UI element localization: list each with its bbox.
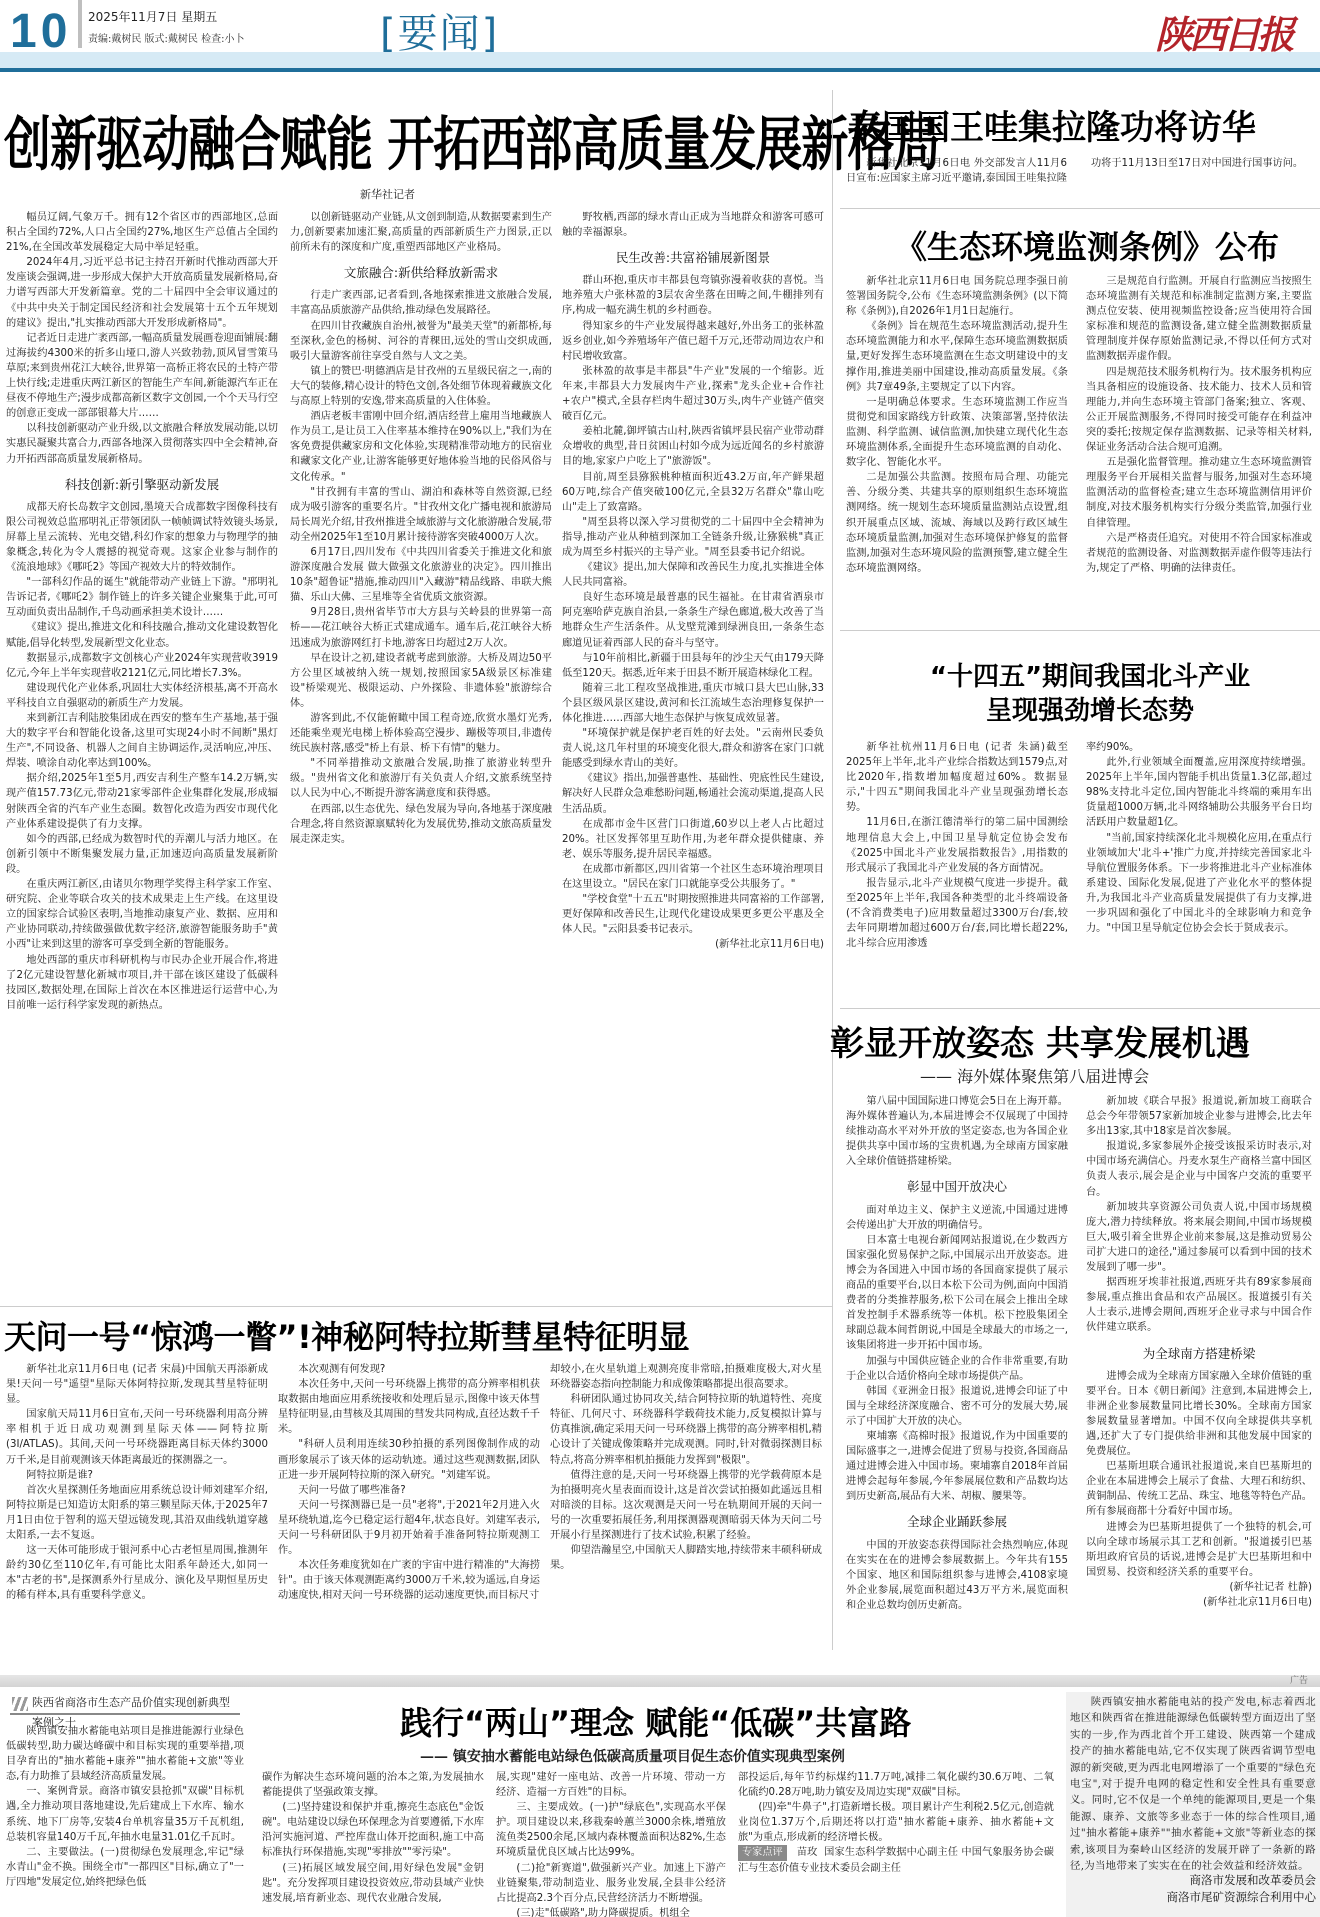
signature-1: 商洛市发展和改革委员会 [1070, 1872, 1316, 1889]
paragraph: 得知家乡的牛产业发展得越来越好,外出务工的张林盈返乡创业,如今养殖场年产值已超千… [562, 319, 824, 364]
subhead-global-south: 为全球南方搭建桥梁 [1086, 1346, 1312, 1361]
stripe-icon [12, 1697, 28, 1711]
tianwen-column-2: 本次观测有何发现? 本次任务中,天问一号环绕器上携带的高分辨率相机获取数据由地面… [278, 1362, 540, 1662]
paragraph: (二)坚持建设和保护并重,擦亮生态底色"金饭碗"。电站建设以绿色环保理念为首要遵… [262, 1800, 484, 1860]
paragraph: 张林盈的故事是丰都县"牛产业"发展的一个缩影。近年来,丰都县大力发展肉牛产业,探… [562, 364, 824, 424]
series-tag: 陕西省商洛市生态产品价值实现创新典型案例之十 [10, 1693, 240, 1715]
paragraph: 地处西部的重庆市科研机构与市民办企业开展合作,将进了2亿元建设智慧化新城市项目,… [6, 953, 278, 1013]
paragraph: 行走广袤西部,记者看到,各地探索推进文旅融合发展,丰富高品质旅游产品供给,推动绿… [290, 288, 552, 318]
paragraph: "科研人员利用连续30秒拍摄的系列图像制作成的动画形象展示了该天体的运动轨迹。通… [278, 1437, 540, 1482]
column-divider [832, 90, 833, 1650]
paragraph: 良好生态环境是最普惠的民生福祉。在甘肃省酒泉市阿克塞哈萨克族自治县,一条条生产绿… [562, 590, 824, 650]
tianwen-headline: 天问一号“惊鸿一瞥”!神秘阿特拉斯彗星特征明显 [4, 1312, 689, 1358]
page-number: 10 [10, 4, 71, 59]
newspaper-logo: 陕西日报 [1155, 4, 1291, 59]
paragraph: 阿特拉斯是谁? [6, 1468, 268, 1483]
paragraph: 新华社杭州11月6日电 (记者 朱涵)截至2025年上半年,北斗产业综合指数达到… [846, 740, 1068, 815]
subhead-global-participation: 全球企业踊跃参展 [846, 1514, 1068, 1529]
thai-king-headline: 泰国国王哇集拉隆功将访华 [848, 100, 1256, 149]
eco-regulation-column-2: 三是规范自行监测。开展自行监测应当按照生态环境监测有关规范和标准制定监测方案,主… [1086, 274, 1312, 614]
paragraph: 进博会为巴基斯坦提供了一个独特的机会,可以向全球市场展示其工艺和创新。"报道援引… [1086, 1520, 1312, 1580]
eco-regulation-column-1: 新华社北京11月6日电 国务院总理李强日前签署国务院令,公布《生态环境监测条例》… [846, 274, 1068, 614]
paragraph: 一、案例背景。商洛市镇安县抢抓"双碳"目标机遇,全力推动项目落地建设,先后建成上… [6, 1784, 244, 1844]
paragraph: "当前,国家持续深化北斗规模化应用,在重点行业领域加大'北斗+'推广力度,并持续… [1086, 831, 1312, 937]
paragraph: 随着三北工程攻坚战推进,重庆市城口县大巴山脉,33个县区级风景区建设,黄河和长江… [562, 681, 824, 726]
shangluo-column-4: 部投运后,每年节约标煤约11.7万吨,减排二氧化碳约30.6万吨、二氧化硫约0.… [738, 1770, 1054, 1917]
paragraph: 二是加强公共监测。按照布局合理、功能完善、分级分类、共建共享的原则组织生态环境监… [846, 470, 1068, 576]
paragraph: 新华社北京11月6日电 外交部发言人11月6日宣布:应国家主席习近平邀请,泰国国… [846, 156, 1312, 186]
beidou-column-2: 率约90%。 此外,行业领域全面覆盖,应用深度持续增强。2025年上半年,国内智… [1086, 740, 1312, 1000]
paragraph: 三、主要成效。(一)护"绿底色",实现高水平保护。项目建设以来,移栽秦岭蕙兰30… [496, 1800, 726, 1860]
paragraph: 新加坡共享资源公司负责人说,中国市场规模庞大,潜力持续释放。将来展会期间,中国市… [1086, 1200, 1312, 1275]
shangluo-headline: 践行“两山”理念 赋能“低碳”共富路 [400, 1698, 911, 1744]
paragraph: 新加坡《联合早报》报道说,新加坡工商联合总会今年带领57家新加坡企业参与进博会,… [1086, 1094, 1312, 1139]
expert-label-badge: 专家点评 [738, 1845, 787, 1860]
ad-marker: 广告 [1290, 1673, 1308, 1686]
paragraph: 游客到此,不仅能俯瞰中国工程奇迹,欣赏水墨灯光秀,还能乘坐观光电梯上桥体验高空漫… [290, 711, 552, 756]
beidou-headline-line-1: “十四五”期间我国北斗产业 [880, 656, 1300, 693]
paragraph: "周至县将以深入学习贯彻党的二十届四中全会精神为指导,推动产业从种植到深加工全链… [562, 515, 824, 560]
paragraph: 《建议》提出,加大保障和改善民生力度,扎实推进全体人民共同富裕。 [562, 560, 824, 590]
paragraph: 二、主要做法。(一)贯彻绿色发展理念,牢记"绿水青山"金不换。围绕全市"一都四区… [6, 1845, 244, 1890]
paragraph: 在西部,以生态优先、绿色发展为导向,各地基于深度融合理念,将自然资源禀赋转化为发… [290, 802, 552, 847]
paragraph: 早在设计之初,建设者就考虑到旅游。大桥及周边50平方公里区域被纳入统一规划,按照… [290, 651, 552, 711]
paragraph: 部投运后,每年节约标煤约11.7万吨,减排二氧化碳约30.6万吨、二氧化硫约0.… [738, 1770, 1054, 1800]
editor-credits: 责编:戴树民 版式:戴树民 检查:小卜 [88, 30, 244, 45]
paragraph: 在成都市金牛区营门口街道,60岁以上老人占比超过20%。社区发挥邻里互助作用,为… [562, 817, 824, 862]
paragraph: 数据显示,成都数字文创核心产业2024年实现营收3919亿元,今年上半年实现营收… [6, 651, 278, 681]
paragraph: 却较小,在火星轨道上观测亮度非常暗,拍摄难度极大,对火星环绕器姿态指向控制能力和… [550, 1362, 822, 1392]
paragraph: 日本富士电视台新闻网站报道说,在少数西方国家强化贸易保护之际,中国展示出开放姿态… [846, 1233, 1068, 1354]
paragraph: 新华社北京11月6日电 (记者 宋晨)中国航天再添新成果!天问一号"遥望"星际天… [6, 1362, 268, 1407]
lead-column-2: 以创新链驱动产业链,从文创到制造,从数据要素到生产力,创新要素加速汇聚,高质量的… [290, 210, 552, 1300]
paragraph: "甘孜拥有丰富的雪山、湖泊和森林等自然资源,已经成为吸引游客的重要名片。"甘孜州… [290, 485, 552, 545]
subhead-livelihood: 民生改善:共富裕铺展新图景 [562, 250, 824, 265]
thai-king-body: 新华社北京11月6日电 外交部发言人11月6日宣布:应国家主席习近平邀请,泰国国… [846, 156, 1312, 192]
signature-2: 商洛市尾矿资源综合利用中心 [1070, 1889, 1316, 1906]
paragraph: 此外,行业领域全面覆盖,应用深度持续增强。2025年上半年,国内智能手机出货量1… [1086, 755, 1312, 830]
paragraph: 以科技创新驱动产业升级,以文旅融合释放发展动能,以切实惠民凝聚共富合力,西部各地… [6, 421, 278, 466]
paragraph: 《建议》指出,加强普惠性、基础性、兜底性民生建设,解决好人民群众急难愁盼问题,畅… [562, 771, 824, 816]
paragraph: 记者近日走进广袤西部,一幅高质量发展画卷迎面铺展:翻过海拔约4300米的折多山垭… [6, 331, 278, 422]
issue-date: 2025年11月7日 星期五 [88, 8, 217, 25]
paragraph: 陕西镇安抽水蓄能电站的投产发电,标志着西北地区和陕西省在推进能源绿色低碳转型方面… [1070, 1694, 1316, 1872]
paragraph: 展,实现"建好一座电站、改善一片环境、带动一方经济、造福一方百姓"的目标。 [496, 1770, 726, 1800]
paragraph: (三)走"低碳路",助力降碳提质。机组全 [496, 1906, 726, 1917]
beidou-column-1: 新华社杭州11月6日电 (记者 朱涵)截至2025年上半年,北斗产业综合指数达到… [846, 740, 1068, 1000]
paragraph: 三是规范自行监测。开展自行监测应当按照生态环境监测有关规范和标准制定监测方案,主… [1086, 274, 1312, 365]
paragraph: "学校食堂"十五五"时期按照推进共同富裕的工作部署,更好保障和改善民生,让现代化… [562, 892, 824, 937]
paragraph: 本次任务中,天问一号环绕器上携带的高分辨率相机获取数据由地面应用系统接收和处理后… [278, 1377, 540, 1437]
paragraph: 9月28日,贵州省毕节市大方县与关岭县的世界第一高桥——花江峡谷大桥正式建成通车… [290, 605, 552, 650]
lead-headline: 创新驱动融合赋能 开拓西部高质量发展新格局 [4, 98, 939, 182]
subhead-openness: 彰显中国开放决心 [846, 1179, 1068, 1194]
subhead-culture-tourism: 文旅融合:新供给释放新需求 [290, 265, 552, 280]
paragraph: 建设现代化产业体系,巩固壮大实体经济根基,离不开高水平科技自立自强驱动的新质生产… [6, 681, 278, 711]
paragraph: 据介绍,2025年1至5月,西安吉利生产整车14.2万辆,实现产值157.73亿… [6, 771, 278, 831]
shangluo-subtitle: —— 镇安抽水蓄能电站绿色低碳高质量项目促生态价值实现典型案例 [420, 1746, 845, 1766]
masthead-divider [78, 0, 82, 48]
masthead: 10 2025年11月7日 星期五 责编:戴树民 版式:戴树民 检查:小卜 [要… [0, 0, 1320, 90]
lead-column-1: 幅员辽阔,气象万千。拥有12个省区市的西部地区,总面积占全国约72%,人口占全国… [6, 210, 278, 1300]
paragraph: 来到新江吉利陆胶集团成在西安的整车生产基地,基于强大的数字平台和智能化设备,这里… [6, 711, 278, 771]
paragraph: 2024年4月,习近平总书记主持召开新时代推动西部大开发座谈会强调,进一步形成大… [6, 255, 278, 330]
shangluo-column-1: 陕西镇安抽水蓄能电站项目是推进能源行业绿色低碳转型,助力碳达峰碳中和目标实现的重… [6, 1724, 244, 1917]
paragraph: 四是规范技术服务机构行为。技术服务机构应当具备相应的设施设备、技术能力、技术人员… [1086, 365, 1312, 456]
paragraph: 这一天体可能形成于银河系中心古老恒星周围,推测年龄约30亿至110亿年,有可能比… [6, 1543, 268, 1603]
paragraph: 加强与中国供应链企业的合作非常重要,有助于企业以合适价格向全球市场提供产品。 [846, 1354, 1068, 1384]
paragraph: 六是严格责任追究。对使用不符合国家标准或者规范的监测设备、对监测数据弄虚作假等违… [1086, 531, 1312, 576]
paragraph: 与10年前相比,新疆于田县每年的沙尘天气由179天降低至120天。据悉,近年来于… [562, 651, 824, 681]
paragraph: 报告显示,北斗产业规模气度进一步提升。截至2025年上半年,我国各种类型的北斗终… [846, 876, 1068, 951]
eco-regulation-headline: 《生态环境监测条例》公布 [895, 222, 1279, 268]
paragraph: 本次任务难度犹如在广袤的宇宙中进行精准的"大海捞针"。由于该天体观测距离约300… [278, 1558, 540, 1603]
expo-column-1: 第八届中国国际进口博览会5日在上海开幕。海外媒体普遍认为,本届进博会不仅展现了中… [846, 1094, 1068, 1656]
paragraph: 天问一号探测器已是一员"老将",于2021年2月进入火星环绕轨道,迄今已稳定运行… [278, 1498, 540, 1558]
paragraph: 天问一号做了哪些准备? [278, 1483, 540, 1498]
shangluo-column-3: 展,实现"建好一座电站、改善一片环境、带动一方经济、造福一方百姓"的目标。 三、… [496, 1770, 726, 1917]
paragraph: 目前,周至县猕猴桃种植面积近43.2万亩,年产鲜果超60万吨,综合产值突破100… [562, 470, 824, 515]
paragraph: 新华社北京11月6日电 国务院总理李强日前签署国务院令,公布《生态环境监测条例》… [846, 274, 1068, 319]
paragraph: 幅员辽阔,气象万千。拥有12个省区市的西部地区,总面积占全国约72%,人口占全国… [6, 210, 278, 255]
paragraph: 陕西镇安抽水蓄能电站项目是推进能源行业绿色低碳转型,助力碳达峰碳中和目标实现的重… [6, 1724, 244, 1784]
paragraph: 野牧栖,西部的绿水青山正成为当地群众和游客可感可触的幸福源泉。 [562, 210, 824, 240]
paragraph: "一部科幻作品的诞生"就能带动产业链上下游。"邢明礼告诉记者,《哪吒2》制作链上… [6, 575, 278, 620]
commentary-text: 陕西镇安抽水蓄能电站的投产发电,标志着西北地区和陕西省在推进能源绿色低碳转型方面… [1070, 1694, 1316, 1872]
expo-subtitle: —— 海外媒体聚焦第八届进博会 [920, 1064, 1149, 1087]
paragraph: 《条例》旨在规范生态环境监测活动,提升生态环境监测能力和水平,保障生态环境监测数… [846, 319, 1068, 394]
dateline: (新华社北京11月6日电) [1086, 1595, 1312, 1610]
expo-column-2: 新加坡《联合早报》报道说,新加坡工商联合总会今年带领57家新加坡企业参与进博会,… [1086, 1094, 1312, 1656]
paragraph: 碳作为解决生态环境问题的治本之策,为发展抽水蓄能提供了坚强政策支撑。 [262, 1770, 484, 1800]
paragraph: 镇上的赞巴·明德酒店是甘孜州的五星级民宿之一,南的大气的装修,精心设计的特色文创… [290, 364, 552, 409]
article-divider [0, 1306, 832, 1307]
paragraph: 群山环抱,重庆市丰都县包弯镇弥漫着收获的喜悦。当地养殖大户张林盈的3层农舍坐落在… [562, 273, 824, 318]
paragraph: "不同举措推动文旅融合发展,助推了旅游业转型升级。"贵州省文化和旅游厅有关负责人… [290, 756, 552, 801]
paragraph: 国家航天局11月6日宣布,天问一号环绕器利用高分辨率相机于近日成功观测到星际天体… [6, 1407, 268, 1467]
lead-column-3: 野牧栖,西部的绿水青山正成为当地群众和游客可感可触的幸福源泉。 民生改善:共富裕… [562, 210, 824, 1300]
paragraph: 11月6日,在浙江德清举行的第二届中国测绘地理信息大会上,中国卫星导航定位协会发… [846, 815, 1068, 875]
expo-headline: 彰显开放姿态 共享发展机遇 [830, 1016, 1250, 1065]
paragraph: 巴基斯坦联合通讯社报道说,来自巴基斯坦的企业在本届进博会上展示了食盐、大理石和纺… [1086, 1459, 1312, 1519]
beidou-headline-line-2: 呈现强劲增长态势 [880, 690, 1300, 727]
section-band [0, 1675, 1320, 1687]
paragraph: 率约90%。 [1086, 740, 1312, 755]
paragraph: 五是强化监督管理。推动建立生态环境监测管理服务平台开展相关监督与服务,加强对生态… [1086, 455, 1312, 530]
article-divider [840, 1008, 1320, 1009]
paragraph: 酒店老板丰雷刚中回介绍,酒店经营上雇用当地藏族人作为员工,是让员工入住率基本维持… [290, 409, 552, 484]
paragraph: 本次观测有何发现? [278, 1362, 540, 1377]
paragraph: 在重庆两江新区,由诸贝尔物理学奖得主科学家工作室、研究院、企业等联合攻关的技术成… [6, 877, 278, 952]
paragraph: 值得注意的是,天问一号环绕器上携带的光学载荷原本是为拍摄明亮火星表面而设计,这是… [550, 1468, 822, 1543]
paragraph: (二)抢"新赛道",做强新兴产业。加速上下游产业链聚集,带动制造业、服务业发展,… [496, 1861, 726, 1906]
paragraph: 《建议》提出,推进文化和科技融合,推动文化建设数智化赋能,倡导化转型,发展新型文… [6, 620, 278, 650]
section-title: [要闻] [380, 2, 499, 59]
paragraph: (四)牵"牛鼻子",打造新增长极。项目累计产生利税2.5亿元,创造就业岗位1.3… [738, 1800, 1054, 1845]
paragraph: 在四川甘孜藏族自治州,被誉为"最美天堂"的新都桥,每至深秋,金色的杨树、河谷的青… [290, 319, 552, 364]
paragraph: 仰望浩瀚星空,中国航天人脚踏实地,持续带来丰硕科研成果。 [550, 1543, 822, 1573]
paragraph: 报道说,多家参展外企接受该报采访时表示,对中国市场充满信心。丹麦水泵生产商格兰富… [1086, 1139, 1312, 1199]
paragraph: 面对单边主义、保护主义逆流,中国通过进博会传递出扩大开放的明确信号。 [846, 1203, 1068, 1233]
paragraph: 韩国《亚洲金日报》报道说,进博会印证了中国与全球经济深度融合、密不可分的发展大势… [846, 1384, 1068, 1429]
paragraph: 进博会成为全球南方国家融入全球价值链的重要平台。日本《朝日新闻》注意到,本届进博… [1086, 1369, 1312, 1460]
commentary-box: 陕西镇安抽水蓄能电站的投产发电,标志着西北地区和陕西省在推进能源绿色低碳转型方面… [1066, 1692, 1320, 1917]
paragraph: 姜柏北麓,御坪镇古山村,陕西省镇坪县民宿产业带动群众增收的典型,昔日贫困山村如今… [562, 424, 824, 469]
paragraph: 第八届中国国际进口博览会5日在上海开幕。海外媒体普遍认为,本届进博会不仅展现了中… [846, 1094, 1068, 1169]
paragraph: 成都天府长岛数字文创园,墨境天合成都数字图像科技有限公司视效总监邢明礼正带领团队… [6, 500, 278, 575]
paragraph: (三)拓展区域发展空间,用好绿色发展"金钥匙"。充分发挥项目建设投资效应,带动县… [262, 1861, 484, 1906]
paragraph: "环境保护就是保护老百姓的好去处。"云南州民委负责人说,这几年村里的环境变化很大… [562, 726, 824, 771]
expert-comment-header: 专家点评苗玫 国家生态科学数据中心副主任 中国气象服务协会碳汇与生态价值专业技术… [738, 1845, 1054, 1875]
lead-byline: 新华社记者 [360, 186, 415, 202]
paragraph: 一是明确总体要求。生态环境监测工作应当贯彻党和国家路线方针政策、决策部署,坚持依… [846, 395, 1068, 470]
paragraph: 中国的开放姿态获得国际社会热烈响应,体现在实实在在的进博会参展数据上。今年共有1… [846, 1538, 1068, 1613]
article-divider [840, 208, 1320, 209]
paragraph: 6月17日,四川发布《中共四川省委关于推进文化和旅游深度融合发展 做大做强文化旅… [290, 545, 552, 605]
expert-name: 苗玫 [797, 1847, 818, 1858]
subhead-tech: 科技创新:新引擎驱动新发展 [6, 477, 278, 492]
reporter-credit: (新华社记者 杜静) [1086, 1580, 1312, 1595]
tianwen-column-1: 新华社北京11月6日电 (记者 宋晨)中国航天再添新成果!天问一号"遥望"星际天… [6, 1362, 268, 1662]
article-divider [840, 630, 1320, 631]
dateline: (新华社北京11月6日电) [562, 937, 824, 952]
masthead-rule [0, 68, 1320, 72]
tianwen-column-3: 却较小,在火星轨道上观测亮度非常暗,拍摄难度极大,对火星环绕器姿态指向控制能力和… [550, 1362, 822, 1662]
paragraph: 以创新链驱动产业链,从文创到制造,从数据要素到生产力,创新要素加速汇聚,高质量的… [290, 210, 552, 255]
paragraph: 首次火星探测任务地面应用系统总设计师刘建军介绍,阿特拉斯是已知造访太阳系的第三颗… [6, 1483, 268, 1543]
paragraph: 柬埔寨《高棉时报》报道说,作为中国重要的国际盛事之一,进博会促进了贸易与投资,各… [846, 1429, 1068, 1504]
paragraph: 据西班牙埃菲社报道,西班牙共有89家参展商参展,重点推出食品和农产品展区。报道援… [1086, 1275, 1312, 1335]
shangluo-column-2: 碳作为解决生态环境问题的治本之策,为发展抽水蓄能提供了坚强政策支撑。 (二)坚持… [262, 1770, 484, 1917]
paragraph: 科研团队通过协同攻关,结合阿特拉斯的轨道特性、亮度特征、几何尺寸、环绕器科学载荷… [550, 1392, 822, 1467]
paragraph: 在成都市新都区,四川省第一个社区生态环境治理项目在这里设立。"居民在家门口就能享… [562, 862, 824, 892]
paragraph: 如今的西部,已经成为数智时代的弄潮儿与活力地区。在创新引领中不断集聚发展力量,正… [6, 832, 278, 877]
